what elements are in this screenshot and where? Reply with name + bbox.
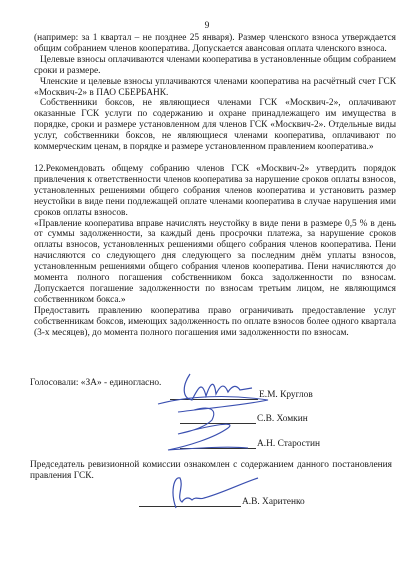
paragraph: Предоставить правлению кооператива право…: [34, 306, 396, 339]
handwritten-signatures-icon: [148, 368, 278, 458]
vote-result: Голосовали: «ЗА» - единогласно.: [30, 378, 161, 388]
paragraph-item-12: 12.Рекомендовать общему собранию членов …: [34, 164, 396, 219]
page-number: 9: [0, 21, 414, 31]
paragraph: Собственники боксов, не являющиеся члена…: [34, 98, 396, 153]
paragraph: Целевые взносы оплачиваются членами кооп…: [34, 55, 396, 77]
body-text: (например: за 1 квартал – не позднее 25 …: [34, 33, 396, 338]
paragraph-quote: «Правление кооператива вправе начислять …: [34, 219, 396, 306]
paragraph: Членские и целевые взносы уплачиваются ч…: [34, 77, 396, 99]
handwritten-signature-icon: [160, 472, 260, 512]
paragraph: (например: за 1 квартал – не позднее 25 …: [34, 33, 396, 55]
